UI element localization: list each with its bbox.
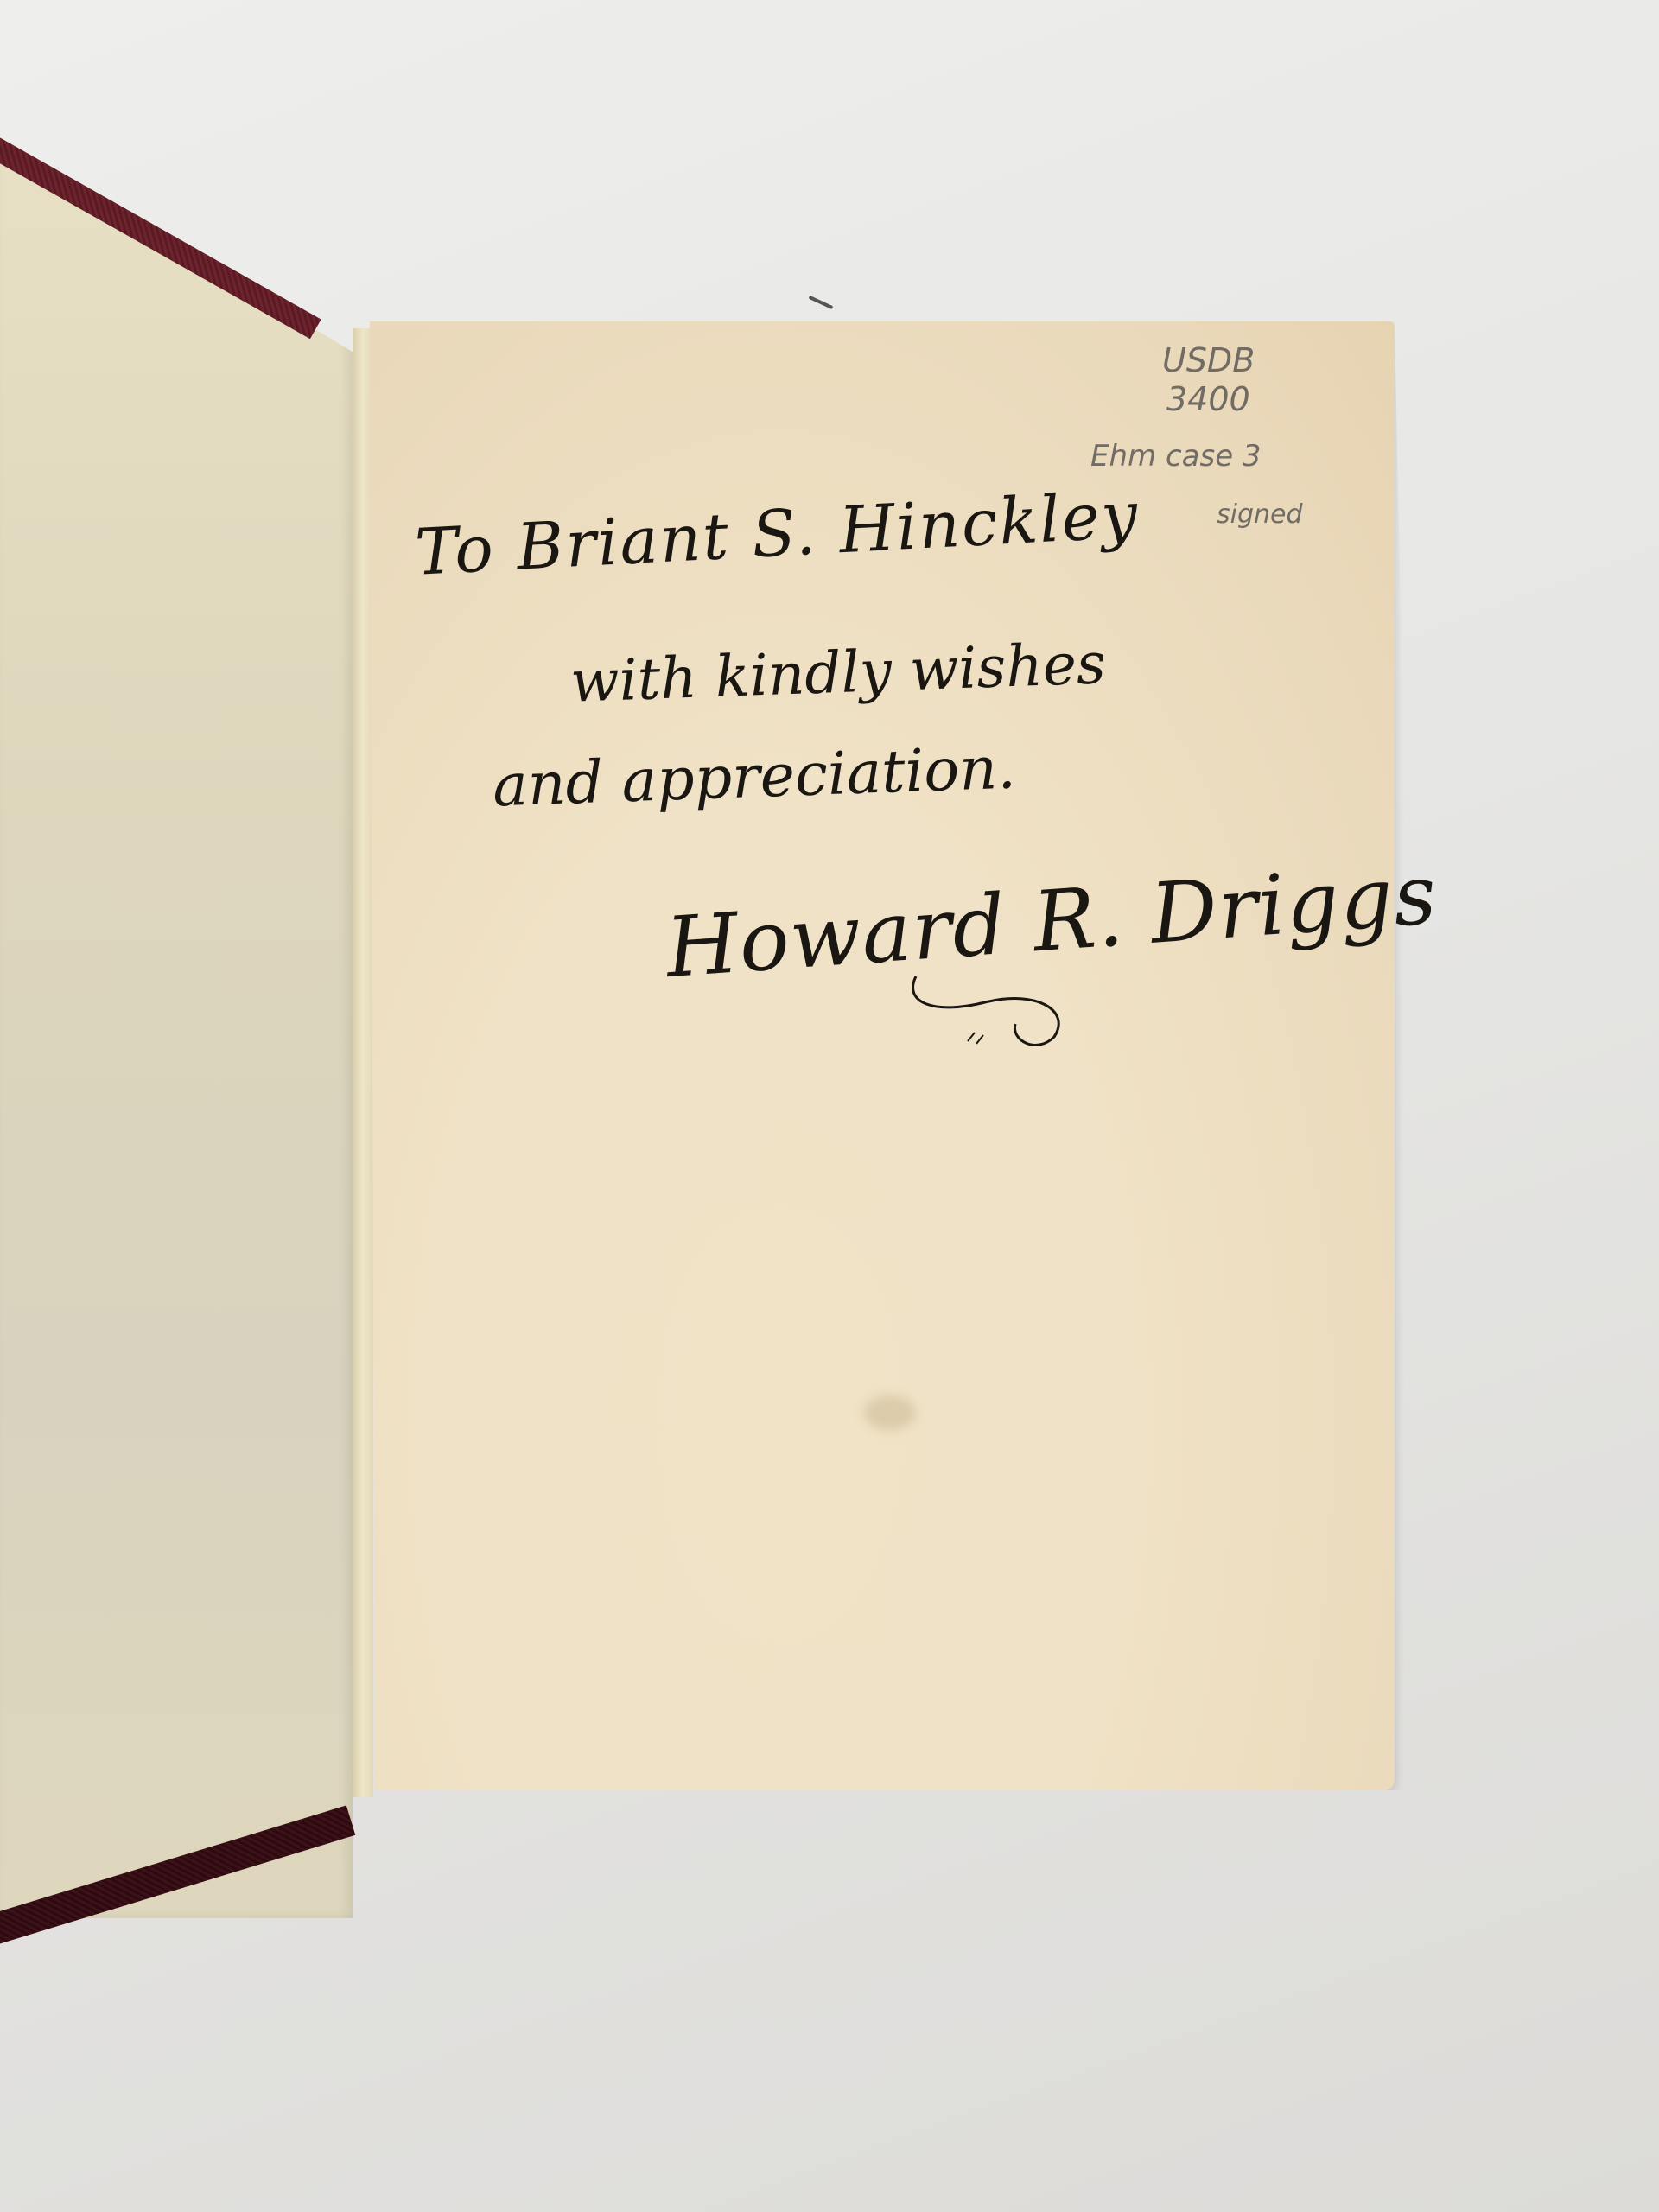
signature-flourish-icon [907, 968, 1097, 1054]
pencil-location: Ehm case 3 [1090, 439, 1262, 474]
thread [809, 296, 834, 309]
left-endpaper [0, 138, 353, 1918]
pencil-catalog-code: USDB [1162, 341, 1255, 379]
pencil-price: 3400 [1166, 380, 1250, 418]
book-gutter [353, 328, 373, 1797]
book-photo: USDB 3400 Ehm case 3 signed To Briant S.… [0, 0, 1659, 2212]
pencil-signed-note: signed [1217, 499, 1303, 530]
page-stain [864, 1395, 916, 1430]
